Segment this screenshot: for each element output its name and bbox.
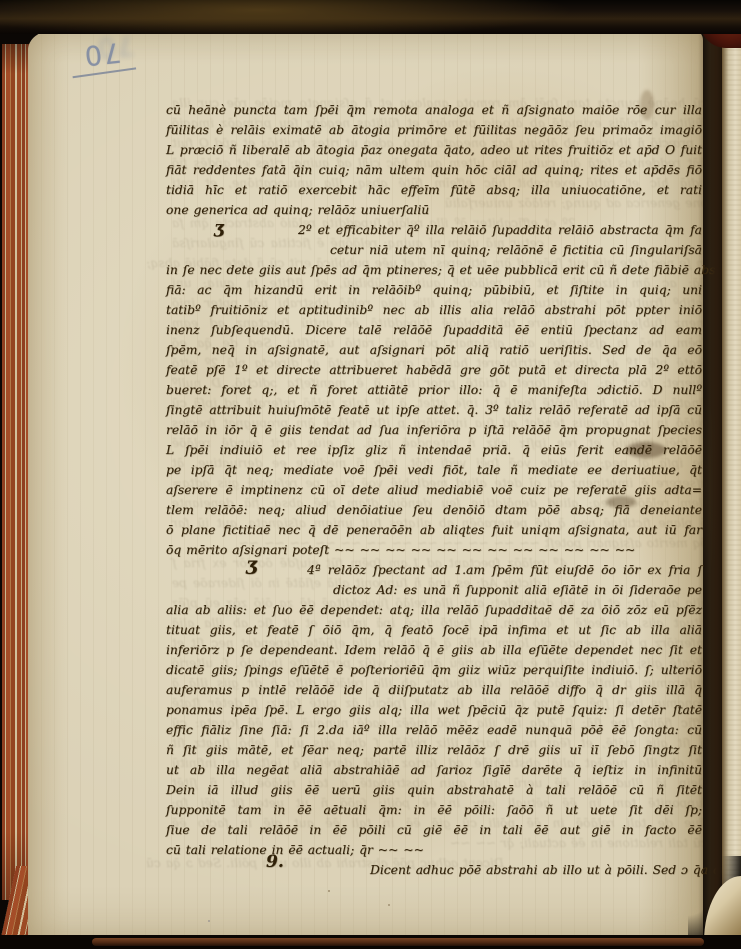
manuscript-line: dictoz Ad: es unā ñ ſupponit aliā eſiātē… xyxy=(333,580,702,600)
manuscript-line: L ſpēi indiuiō et ree ipſiz gliz ñ inten… xyxy=(166,440,702,460)
manuscript-line: aſserere ē imptinenz cū oī dete aliud me… xyxy=(166,480,702,500)
manuscript-line: tituat giis, et featē ſ ōiō q̄m, q̄ feat… xyxy=(166,620,702,640)
folio-number: 70 xyxy=(68,34,136,79)
manuscript-line: cū heānè puncta tam ſpēi q̄m remota anal… xyxy=(166,100,702,120)
manuscript-line: ſupponitē tam in ēē aētuali q̄m: in ēē p… xyxy=(166,800,702,820)
manuscript-line: tidiā hīc et ratiō exercebit hāc effeīm … xyxy=(166,180,702,200)
book-top-edge xyxy=(0,0,741,34)
manuscript-line: ō plane fictitiaē nec q̄ dē peneraōēn ab… xyxy=(166,520,702,540)
manuscript-line: fiā: ac q̄m hizandū erit in relāōibº qui… xyxy=(166,280,702,300)
book-gutter-shadow xyxy=(698,24,724,949)
manuscript-line: featē pſē 1º et directe attribueret habē… xyxy=(166,360,702,380)
manuscript-line: ſpēm, neq̄ in aſsignatē, aut aſsignari p… xyxy=(166,340,702,360)
manuscript-line: 4ª relāōz ſpectant ad 1.am ſpēm fūt eiuſ… xyxy=(307,560,702,580)
manuscript-line: fūilitas è relāis eximatē ab ātogia prim… xyxy=(166,120,702,140)
manuscript-line: auferamus p intlē relāōē ide q̄ diiſputa… xyxy=(166,680,702,700)
manuscript-line: ut ab illa negēat aliā abstrahiāē ad ſar… xyxy=(166,760,702,780)
manuscript-line: in ſe nec dete giis aut ſpēs ad q̄m ptin… xyxy=(166,260,702,280)
manuscript-line: cū tali relatione in ēē actuali; q̄r ~~ … xyxy=(166,840,702,860)
foxing-specks xyxy=(328,890,330,892)
manuscript-line: pe ipſā q̄t neq; mediate voē ſpēi vedi f… xyxy=(166,460,702,480)
manuscript-line: relāō in iōr q̄ ē giis tendat ad ſua inf… xyxy=(166,420,702,440)
paragraph: 2º et efficabiter q̄º illa relāiō ſupadd… xyxy=(166,220,702,560)
manuscript-line: Dein iā illud giis ēē uerū giis quin abs… xyxy=(166,780,702,800)
manuscript-line: 2º et efficabiter q̄º illa relāiō ſupadd… xyxy=(298,220,702,240)
manuscript-line: ponamus ipēa ſpē. L ergo giis alq; illa … xyxy=(166,700,702,720)
manuscript-line: one generica ad quinq; relāōz uniuerſali… xyxy=(166,200,702,220)
handwritten-text-block: cū heānè puncta tam ſpēi q̄m remota anal… xyxy=(166,100,702,880)
page-fore-edges xyxy=(2,44,31,900)
paragraph: Dicent adhuc pōē abstrahi ab illo ut à p… xyxy=(166,860,702,880)
manuscript-line: inferiōrz p ſe dependeant. Idem relāō q̄… xyxy=(166,640,702,660)
facing-page-edge xyxy=(722,36,741,916)
manuscript-line: fiāt reddentes fatā q̄in cuiq; nām ultem… xyxy=(166,160,702,180)
book-bottom-band xyxy=(92,938,704,946)
paragraph: cū heānè puncta tam ſpēi q̄m remota anal… xyxy=(166,100,702,220)
folio-number-digits: 70 xyxy=(81,36,122,71)
manuscript-line: alia ab aliis: et ſuo ēē dependet: atq; … xyxy=(166,600,702,620)
manuscript-line: ſiue de tali relāōē in ēē pōili cū giē ē… xyxy=(166,820,702,840)
paragraph: 4ª relāōz ſpectant ad 1.am ſpēm fūt eiuſ… xyxy=(166,560,702,860)
manuscript-page: 70 ʒ ʒ 9. cū heānè puncta tam ſpēi q̄m r… xyxy=(28,30,703,938)
manuscript-line: cetur niā utem nī quinq; relāōnē ē ficti… xyxy=(330,240,702,260)
manuscript-line: ſingtē attribuit huiuſmōtē featē ut ipſe… xyxy=(166,400,702,420)
manuscript-line: L præciō ñ liberalē ab ātogia p̄az onega… xyxy=(166,140,702,160)
manuscript-line: tatibº fruitiōniz et aptitudinibº nec ab… xyxy=(166,300,702,320)
manuscript-line: ñ ſit giis mātē, et ſēar neq; partē illi… xyxy=(166,740,702,760)
manuscript-line: dicatē giis; ſpings eſūētē ē poſterioriē… xyxy=(166,660,702,680)
manuscript-line: tlem relāōē: neq; aliud denōiatiue ſeu d… xyxy=(166,500,702,520)
manuscript-line: ōq mērito aſsignari poteſt ~~ ~~ ~~ ~~ ~… xyxy=(166,540,702,560)
manuscript-photo: 70 ʒ ʒ 9. cū heānè puncta tam ſpēi q̄m r… xyxy=(0,0,741,949)
manuscript-line: inenz ſubſequendū. Dicere talē relāōē ſu… xyxy=(166,320,702,340)
manuscript-line: Dicent adhuc pōē abstrahi ab illo ut à p… xyxy=(370,860,702,880)
manuscript-line: bueret: foret q;, et ñ foret attiātē pri… xyxy=(166,380,702,400)
manuscript-line: effic fiāliz ſine ſiā: ſi 2.da iāº illa … xyxy=(166,720,702,740)
